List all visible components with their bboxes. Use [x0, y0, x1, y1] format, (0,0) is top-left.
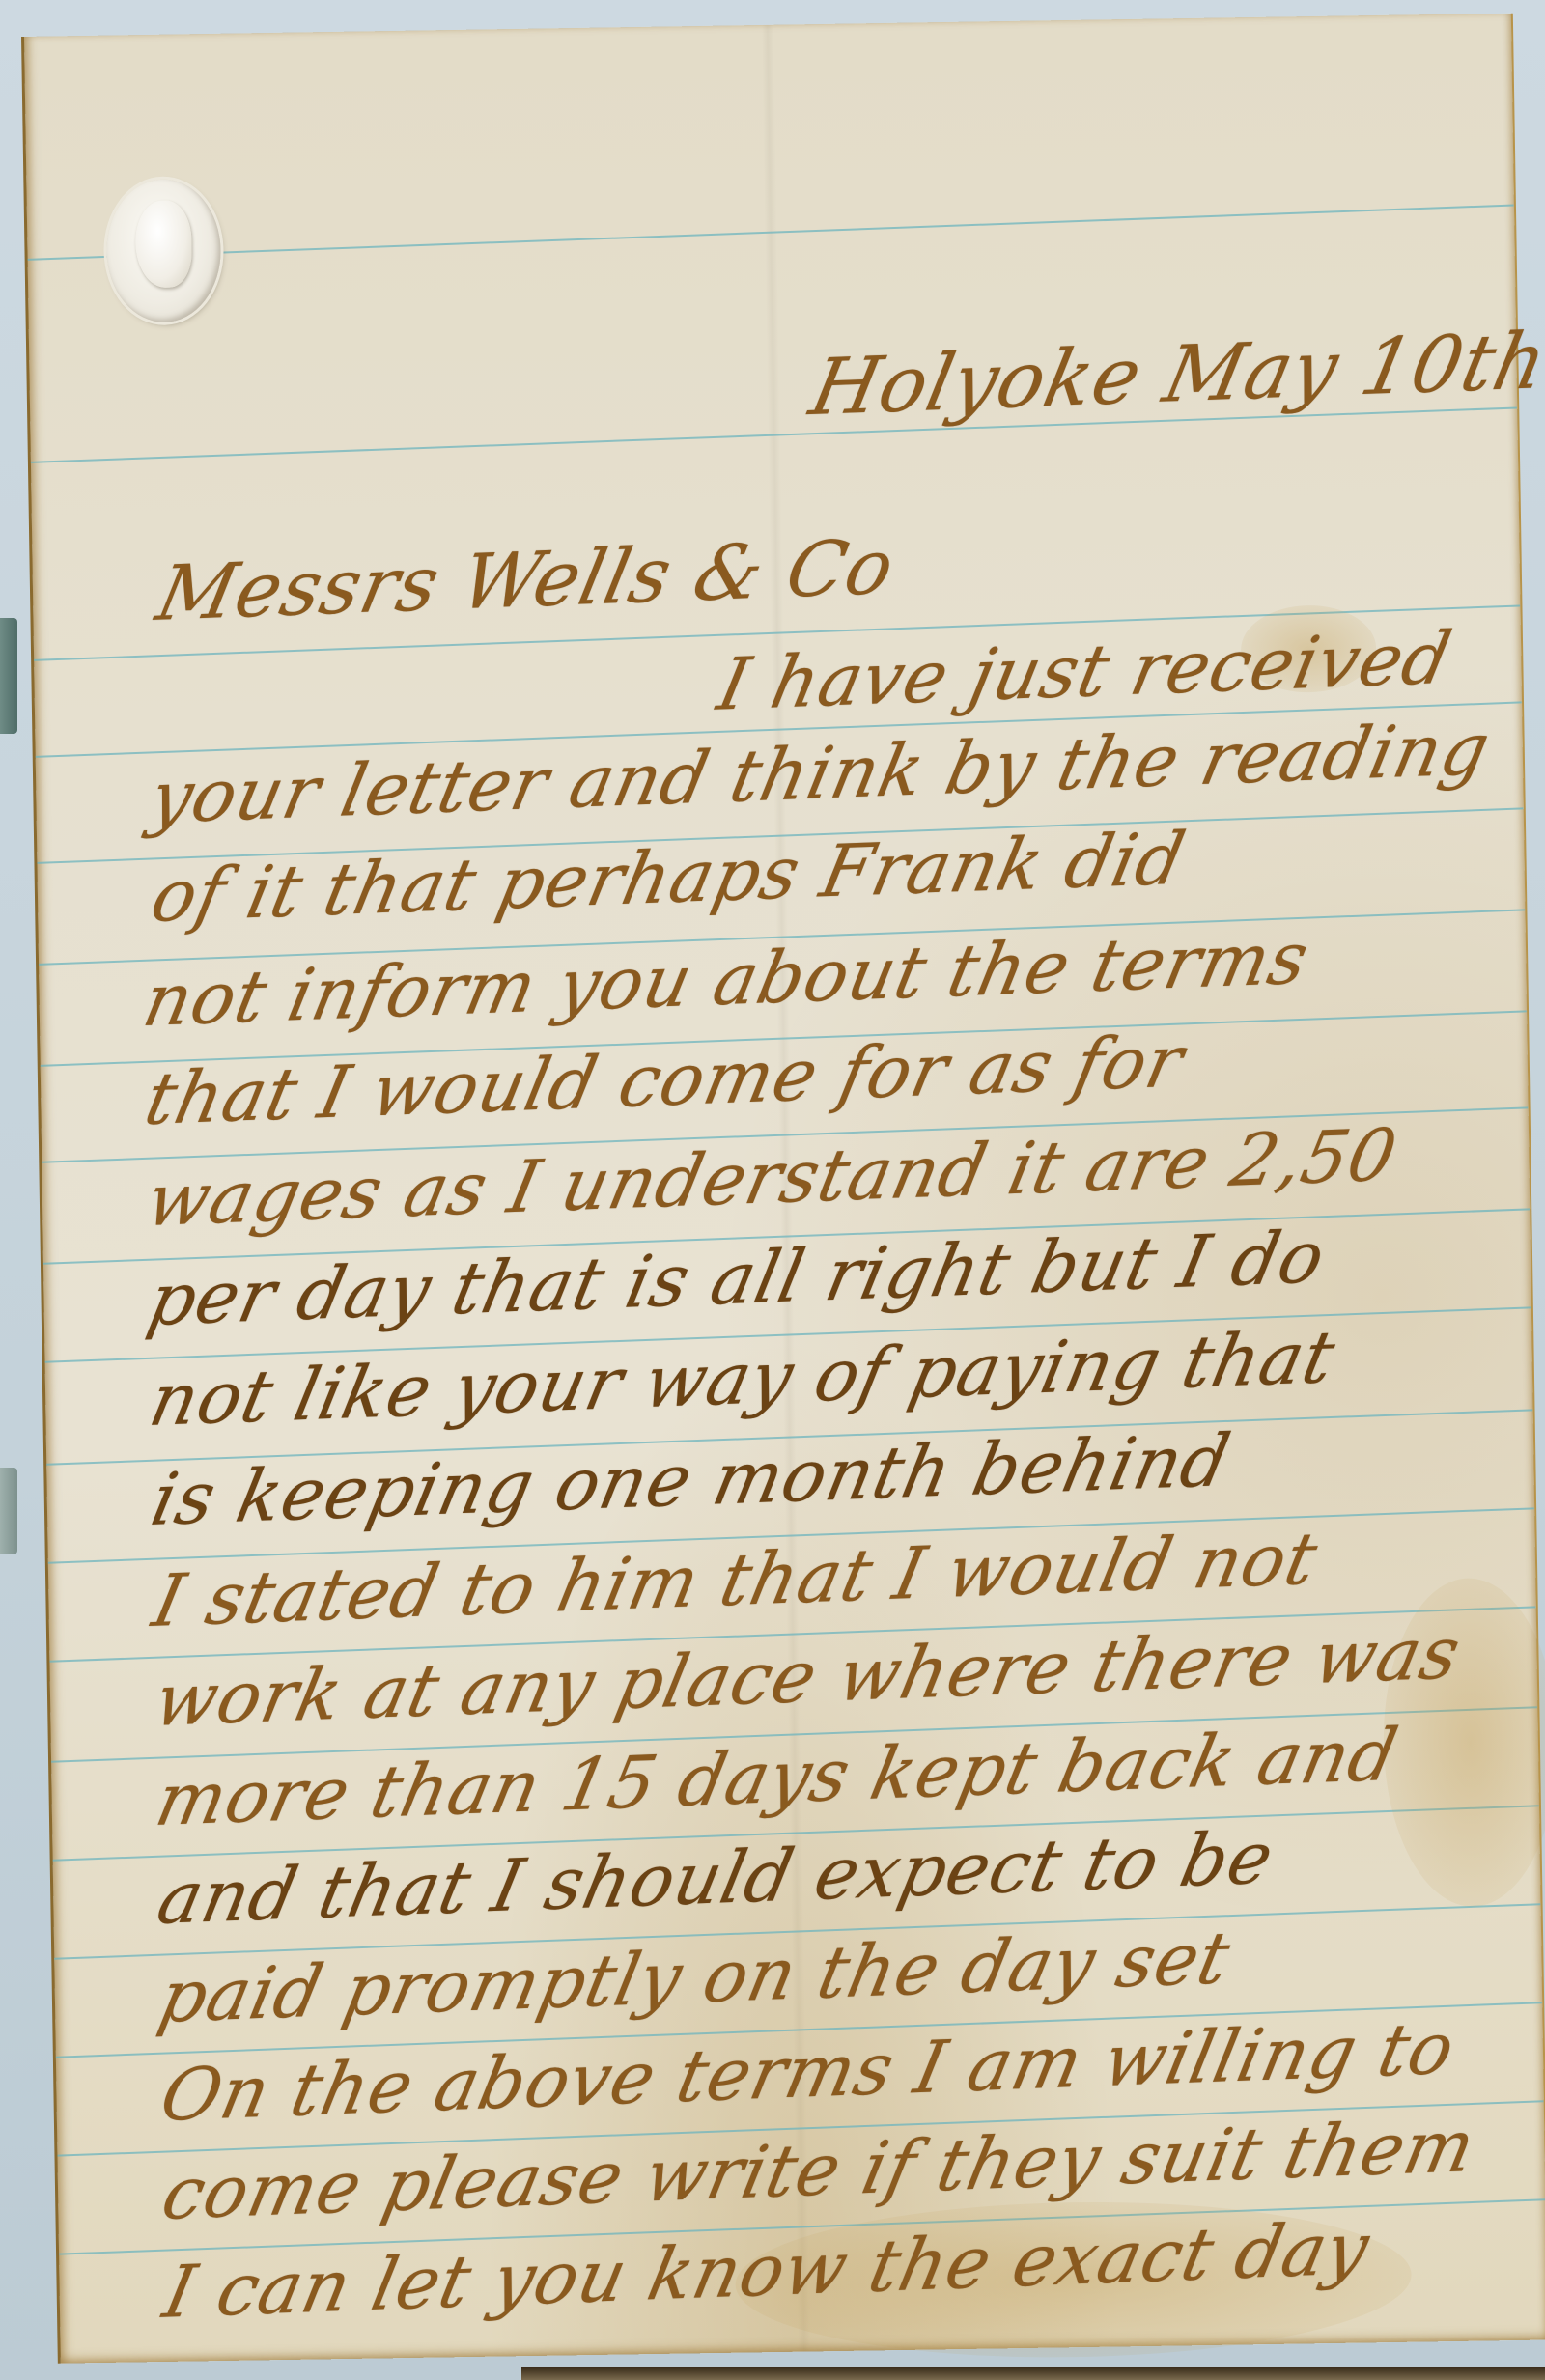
letter-line: I have just received — [711, 616, 1458, 726]
embossed-cameo-seal-icon — [105, 179, 221, 323]
letter-heading-date: Holyoke May 10th — [803, 316, 1545, 434]
letter-line: that I would come for as for — [138, 1020, 1191, 1141]
letter-line: of it that perhaps Frank did — [145, 817, 1193, 938]
letter-page: Holyoke May 10th Messrs Wells & Co I hav… — [21, 14, 1545, 2364]
letter-salutation: Messrs Wells & Co — [150, 523, 902, 638]
binder-tab — [0, 618, 17, 734]
binder-tab-lower — [0, 1468, 17, 1554]
profile-portrait-icon — [135, 200, 192, 288]
page-bottom-edge — [521, 2367, 1545, 2380]
ruled-line — [31, 406, 1517, 462]
ruled-line — [28, 204, 1514, 260]
